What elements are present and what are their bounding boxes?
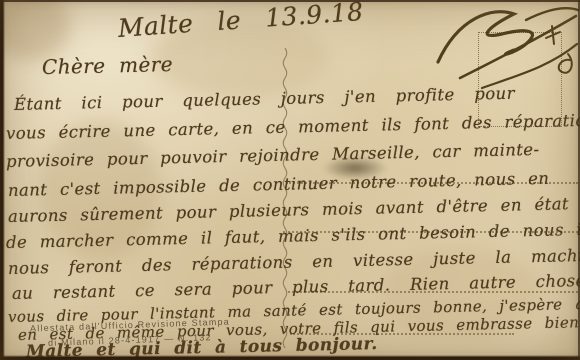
handwriting-line: nant c'est impossible de continuer notre… bbox=[8, 169, 550, 200]
handwriting-line: provisoire pour pouvoir rejoindre Marsei… bbox=[6, 140, 540, 171]
dateline: Malte le 13.9.18 bbox=[117, 0, 364, 43]
postcard-back: Malte le 13.9.18 Chère mère Étant ici po… bbox=[0, 0, 580, 360]
salutation: Chère mère bbox=[42, 52, 173, 79]
handwriting-line: Étant ici pour quelques jours j'en profi… bbox=[14, 84, 515, 114]
paper-stain bbox=[0, 0, 70, 60]
scan-edge-left bbox=[0, 0, 5, 360]
handwriting-line: vous écrire une carte, en ce moment ils … bbox=[6, 110, 580, 143]
